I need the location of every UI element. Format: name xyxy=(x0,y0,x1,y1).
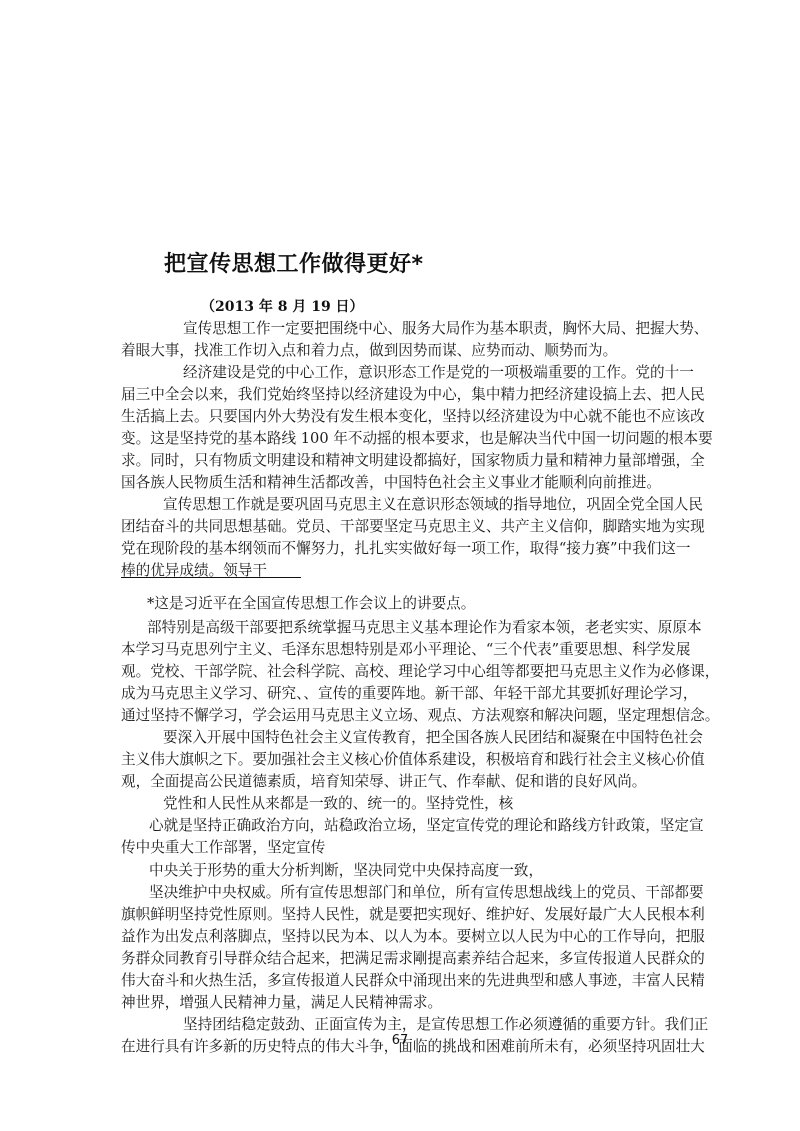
speech-date: （2013 年 8 月 19 日） xyxy=(201,296,364,316)
text-line: 观。党校、干部学院、社会科学院、高校、理论学习中心组等都要把马克思主义作为必修课… xyxy=(121,663,679,681)
page-title: 把宣传思想工作做得更好* xyxy=(164,247,424,278)
text-line: 国各族人民物质生活和精神生活都改善，中国特色社会主义事业才能顺利向前推进。 xyxy=(121,474,679,492)
text-line: 主义伟大旗帜之下。要加强社会主义核心价值体系建设，积极培育和践行社会主义核心价值 xyxy=(121,751,679,769)
text-line: 部特别是高级干部要把系统掌握马克思主义基本理论作为看家本领，老老实实、原原本 xyxy=(147,619,679,637)
page-number: 67 xyxy=(0,1033,800,1048)
text-line: 心就是坚持正确政治方向，站稳政治立场，坚定宣传党的理论和路线方针政策，坚定宣 xyxy=(149,817,679,835)
text-line: 神世界，增强人民精神力量，满足人民精神需求。 xyxy=(121,994,679,1012)
text-line: 生活搞上去。只要国内外大势没有发生根本变化，坚持以经济建设为中心就不能也不应该改 xyxy=(121,408,679,426)
text-line: 宣传思想工作一定要把围绕中心、服务大局作为基本职责，胸怀大局、把握大势、 xyxy=(183,320,679,338)
text-line: 宣传思想工作就是要巩固马克思主义在意识形态领域的指导地位，巩固全党全国人民 xyxy=(163,496,679,514)
text-line: 求。同时，只有物质文明建设和精神文明建设都搞好，国家物质力量和精神力量部增强，全 xyxy=(121,452,679,470)
document-page: 把宣传思想工作做得更好* （2013 年 8 月 19 日） 宣传思想工作一定要… xyxy=(0,0,800,1131)
text-line: 党在现阶段的基本纲领而不懈努力，扎扎实实做好每一项工作，取得“接力赛”中我们这一 xyxy=(121,540,679,558)
text-line: 务群众同教育引导群众结合起来，把满足需求剛提高素养结合起来，多宣传报道人民群众的 xyxy=(121,950,679,968)
text-line: 观，全面提高公民道德素质，培育知荣辱、讲正气、作奉献、促和谐的良好风尚。 xyxy=(121,773,679,791)
text-line: 党性和人民性从来都是一致的、统一的。坚持党性，核 xyxy=(163,795,679,813)
text-line: 益作为出发点利落脚点，坚持以民为本、以人为本。要树立以人民为中心的工作导向，把服 xyxy=(121,928,679,946)
footnote-divider xyxy=(121,577,301,578)
text-line: 坚持团结稳定鼓劲、正面宣传为主，是宣传思想工作必须遵循的重要方针。我们正 xyxy=(183,1016,679,1034)
text-line: 坚决维护中央权威。所有宣传思想部门和单位，所有宣传思想战线上的党员、干部都要 xyxy=(149,884,679,902)
text-line: 通过坚持不懈学习，学会运用马克思主义立场、观点、方法观察和解决问题，坚定理想信念… xyxy=(121,707,679,725)
text-line: 要深入开展中国特色社会主义宣传教育，把全国各族人民团结和凝聚在中国特色社会 xyxy=(163,729,679,747)
text-line: 变。这是坚持党的基本路线 100 年不动摇的根本要求，也是解决当代中国一切问题的… xyxy=(121,430,679,448)
text-line: 届三中全会以来，我们党始终坚持以经济建设为中心，集中精力把经济建设搞上去、把人民 xyxy=(121,386,679,404)
text-line: 着眼大事，找准工作切入点和着力点，做到因势而谋、应势而动、顺势而为。 xyxy=(121,342,679,360)
footnote-text: *这是习近平在全国宣传思想工作会议上的讲要点。 xyxy=(147,595,679,613)
text-line: 传中央重大工作部署，坚定宣传 xyxy=(121,839,679,857)
text-line: 经济建设是党的中心工作，意识形态工作是党的一项极端重要的工作。党的十一 xyxy=(183,364,679,382)
text-line: 本学习马克思列宁主义、毛泽东思想特别是邓小平理论、“三个代表”重要思想、科学发展 xyxy=(121,641,679,659)
text-line: 团结奋斗的共同思想基础。党员、干部要坚定马克思主义、共产主义信仰，脚踏实地为实现 xyxy=(121,518,679,536)
text-line: 伟大奋斗和火热生活，多宣传报道人民群众中涌现出来的先进典型和感人事迹，丰富人民精 xyxy=(121,972,679,990)
text-line: 旗帜鲜明坚持党性原则。坚持人民性，就是要把实现好、维护好、发展好最广大人民根本利 xyxy=(121,906,679,924)
text-line: 中央关于形势的重大分析判断，坚决同党中央保持高度一致， xyxy=(149,862,679,880)
text-line: 成为马克思主义学习、研究、、宣传的重要阵地。新干部、年轻干部尤其要抓好理论学习， xyxy=(121,685,679,703)
